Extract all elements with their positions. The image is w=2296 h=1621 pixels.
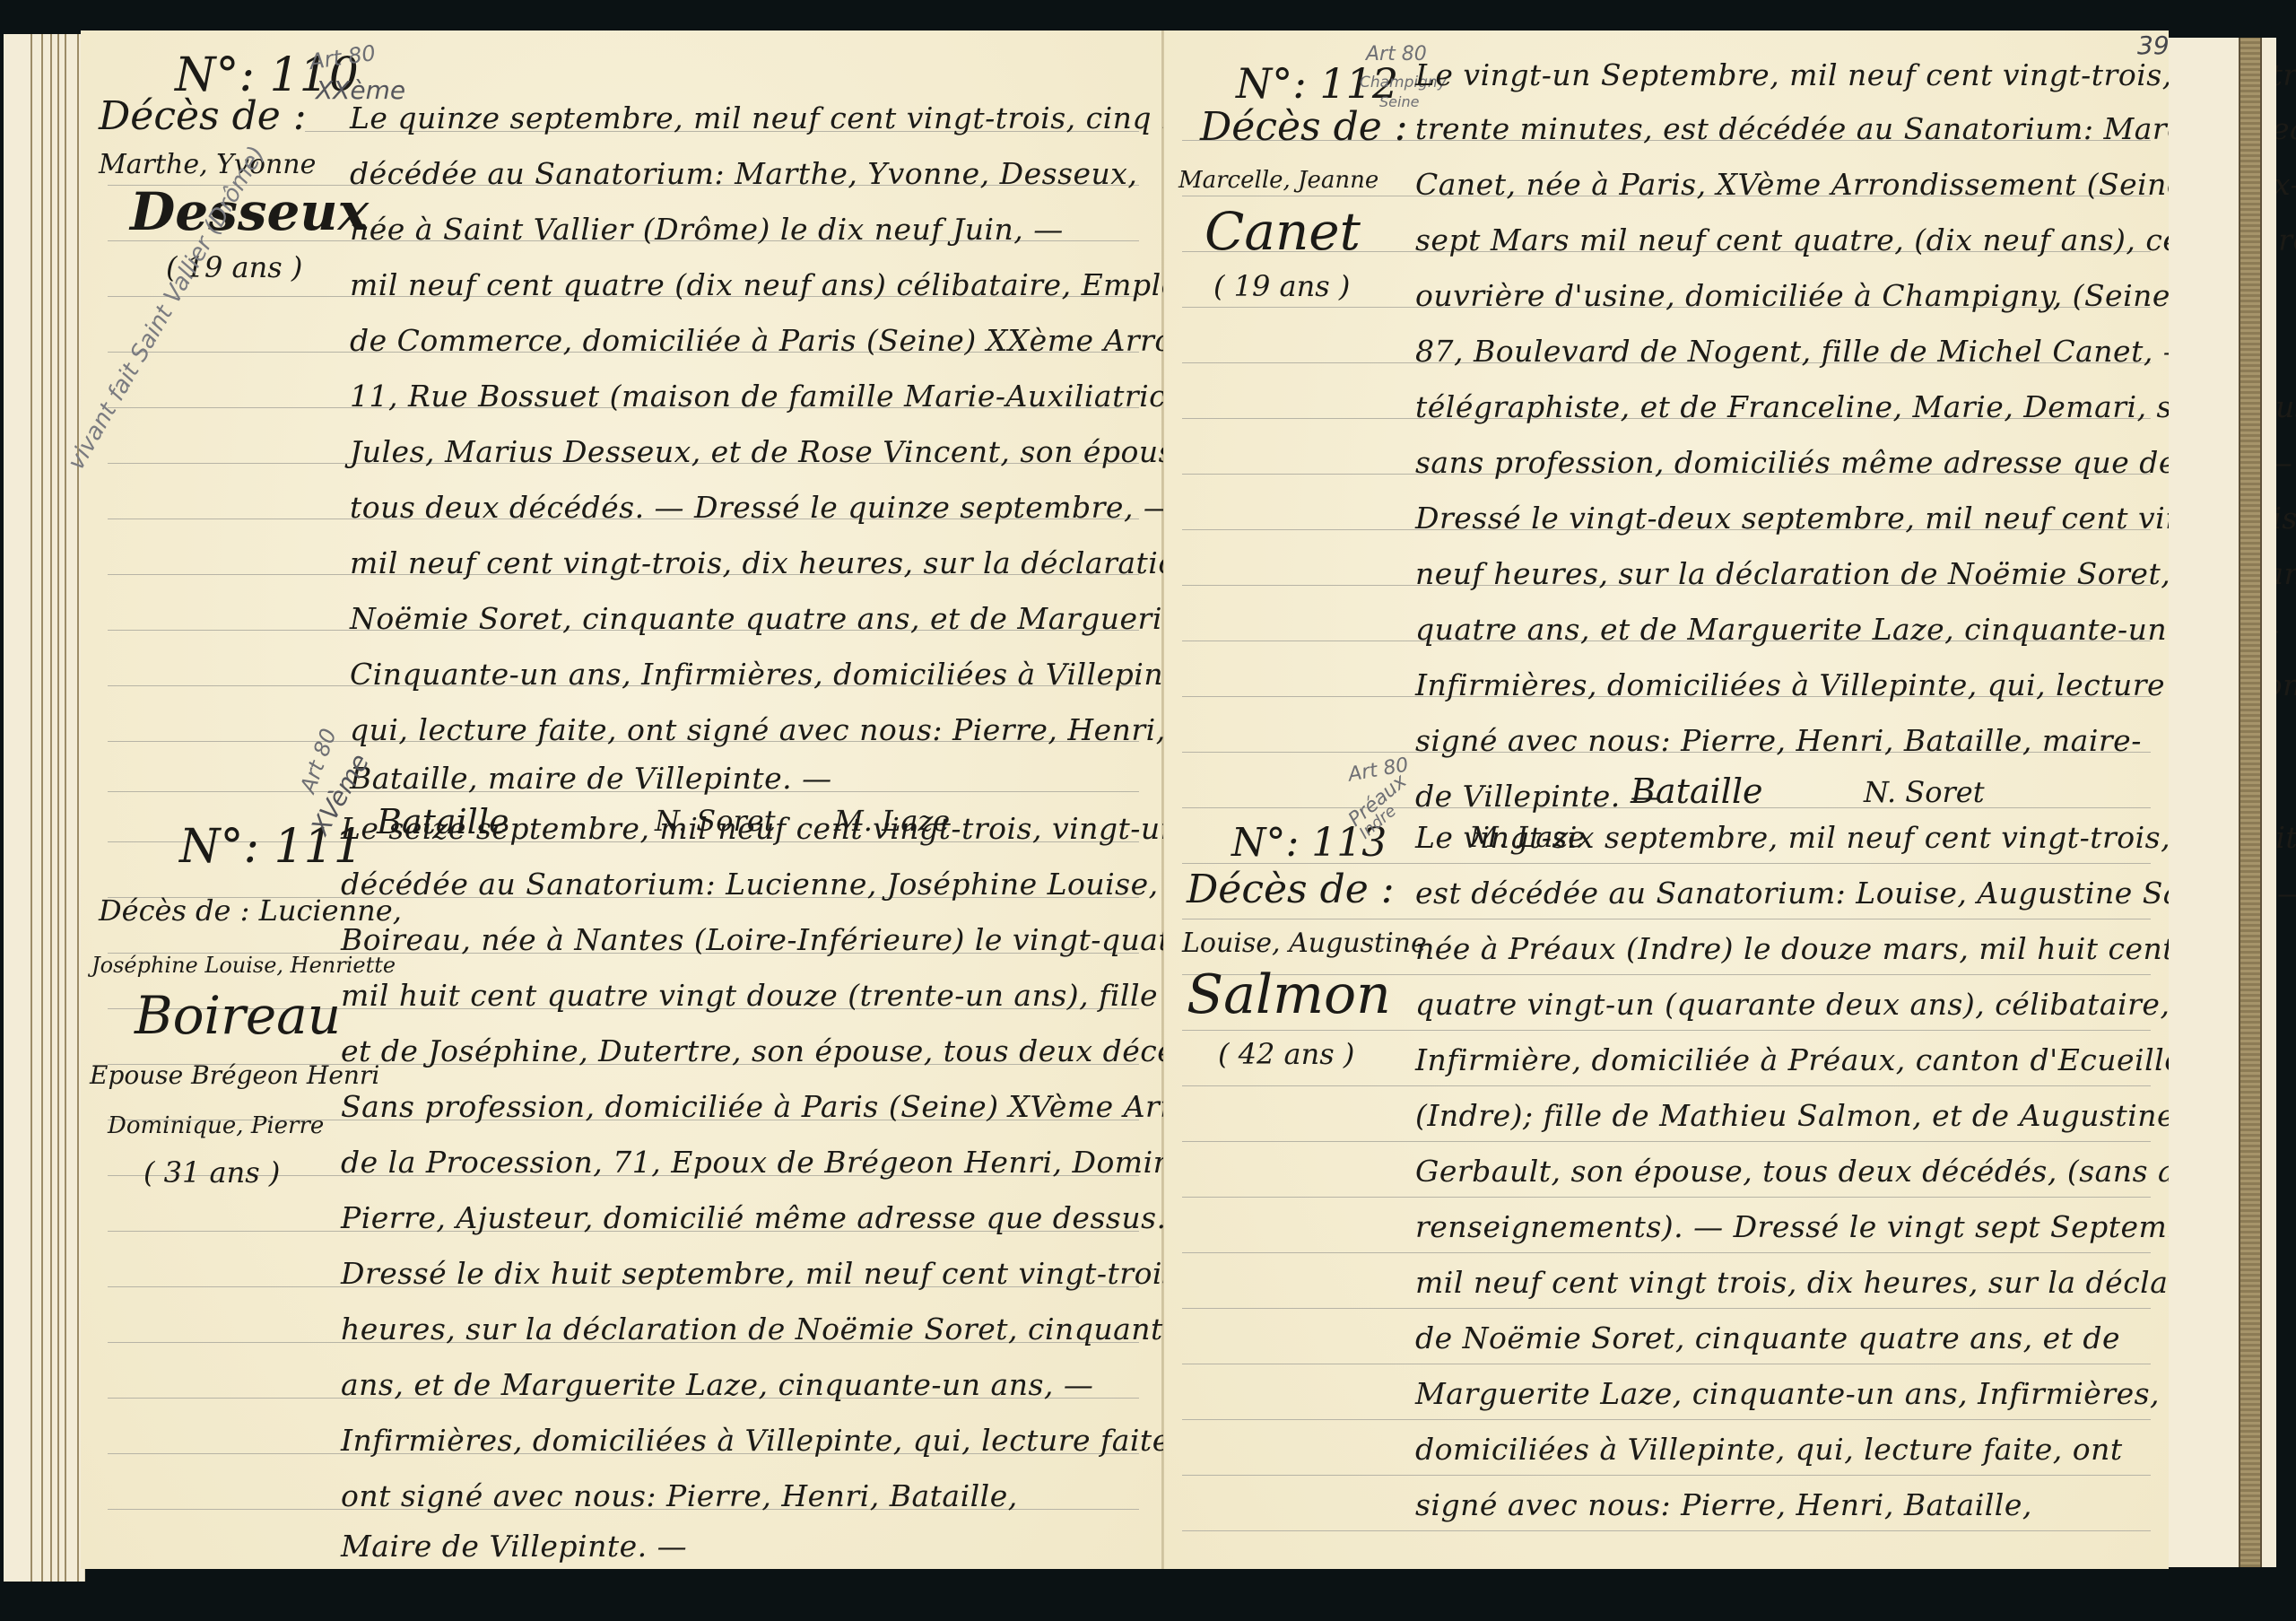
age: ( 42 ans ) <box>1218 1037 1354 1071</box>
surname: Boireau <box>135 985 341 1046</box>
spouse-line: Dominique, Pierre <box>108 1112 324 1139</box>
text-line: décédée au Sanatorium: Marthe, Yvonne, D… <box>350 156 1137 191</box>
text-line: Jules, Marius Desseux, et de Rose Vincen… <box>350 434 1202 469</box>
surname: Canet <box>1205 201 1361 262</box>
text-line: Dressé le dix huit septembre, mil neuf c… <box>341 1256 1299 1291</box>
text-line: est décédée au Sanatorium: Louise, Augus… <box>1415 876 2296 911</box>
deces-heading: Décès de : <box>1187 867 1395 912</box>
text-line: tous deux décédés. — Dressé le quinze se… <box>350 490 1173 525</box>
text-line: ouvrière d'usine, domiciliée à Champigny… <box>1415 278 2232 313</box>
text-line: Gerbault, son épouse, tous deux décédés,… <box>1415 1154 2256 1189</box>
text-line: Canet, née à Paris, XVème Arrondissement… <box>1415 167 2296 202</box>
text-line: signé avec nous: Pierre, Henri, Bataille… <box>1415 1487 2032 1522</box>
text-line: Bataille, maire de Villepinte. — <box>350 761 832 796</box>
text-line: Le vingt-un Septembre, mil neuf cent vin… <box>1415 57 2296 92</box>
text-line: Infirmière, domiciliée à Préaux, canton … <box>1415 1042 2232 1077</box>
age: ( 19 ans ) <box>1213 269 1350 303</box>
text-line: quatre vingt-un (quarante deux ans), cél… <box>1415 987 2170 1022</box>
text-line: domiciliées à Villepinte, qui, lecture f… <box>1415 1432 2123 1467</box>
text-line: Le vingt-six septembre, mil neuf cent vi… <box>1415 820 2296 855</box>
right-page-edges <box>2169 38 2276 1567</box>
text-line: sans profession, domiciliés même adresse… <box>1415 445 2292 480</box>
book-spine <box>2239 38 2262 1567</box>
text-line: de la Procession, 71, Epoux de Brégeon H… <box>341 1145 1289 1180</box>
text-line: et de Joséphine, Dutertre, son épouse, t… <box>341 1033 1278 1068</box>
given-names: Marcelle, Jeanne <box>1178 167 1378 194</box>
text-line: Infirmières, domiciliées à Villepinte, q… <box>341 1423 1180 1458</box>
deces-heading: Décès de : <box>99 93 307 139</box>
text-line: Dressé le vingt-deux septembre, mil neuf… <box>1415 501 2296 536</box>
signature-witness: N. Soret <box>1864 775 1985 809</box>
text-line: ans, et de Marguerite Laze, cinquante-un… <box>341 1367 1093 1402</box>
text-line: Infirmières, domiciliées à Villepinte, q… <box>1415 667 2296 702</box>
text-line: mil neuf cent vingt trois, dix heures, s… <box>1415 1265 2261 1300</box>
text-line: de Villepinte. — <box>1415 779 1660 814</box>
text-line: télégraphiste, et de Franceline, Marie, … <box>1415 389 2296 424</box>
page-number: 39 <box>2137 31 2170 60</box>
text-line: signé avec nous: Pierre, Henri, Bataille… <box>1415 723 2142 758</box>
given-names: Louise, Augustine <box>1182 928 1427 959</box>
text-line: Maire de Villepinte. — <box>341 1529 687 1564</box>
text-line: née à Saint Vallier (Drôme) le dix neuf … <box>350 212 1064 247</box>
text-line: née à Préaux (Indre) le douze mars, mil … <box>1415 931 2215 966</box>
given-names: Marthe, Yvonne <box>99 149 316 180</box>
text-line: mil neuf cent quatre (dix neuf ans) céli… <box>350 267 1273 302</box>
text-line: quatre ans, et de Marguerite Laze, cinqu… <box>1415 612 2280 647</box>
age: ( 31 ans ) <box>143 1155 280 1190</box>
text-line: ont signé avec nous: Pierre, Henri, Bata… <box>341 1478 1018 1513</box>
right-page: 39 N°: 112 Art 80 Champigny Seine Décès … <box>1163 31 2169 1569</box>
text-line: heures, sur la déclaration de Noëmie Sor… <box>341 1312 1293 1346</box>
surname: Salmon <box>1187 963 1391 1026</box>
text-line: Pierre, Ajusteur, domicilié même adresse… <box>341 1200 1206 1235</box>
signature-mayor: Bataille <box>1631 771 1762 811</box>
pencil-annotation: Art 80 <box>308 40 377 74</box>
deces-heading: Décès de : <box>1200 104 1408 150</box>
text-line: sept Mars mil neuf cent quatre, (dix neu… <box>1415 222 2296 257</box>
text-line: de Noëmie Soret, cinquante quatre ans, e… <box>1415 1320 2120 1355</box>
text-line: renseignements). — Dressé le vingt sept … <box>1415 1209 2259 1244</box>
text-line: 87, Boulevard de Nogent, fille de Michel… <box>1415 334 2193 369</box>
left-page-edges <box>4 34 85 1582</box>
spouse-line: Epouse Brégeon Henri <box>90 1060 379 1090</box>
left-page: N°: 110 Art 80 XXème Décès de : Marthe, … <box>81 31 1163 1569</box>
text-line: mil neuf cent vingt-trois, dix heures, s… <box>350 545 1283 580</box>
text-line: Cinquante-un ans, Infirmières, domicilié… <box>350 657 1194 692</box>
text-line: Marguerite Laze, cinquante-un ans, Infir… <box>1415 1376 2200 1411</box>
text-line: (Indre); fille de Mathieu Salmon, et de … <box>1415 1098 2215 1133</box>
text-line: trente minutes, est décédée au Sanatoriu… <box>1415 111 2296 146</box>
open-register-book: N°: 110 Art 80 XXème Décès de : Marthe, … <box>0 25 2283 1582</box>
text-line: qui, lecture faite, ont signé avec nous:… <box>350 712 1205 747</box>
text-line: neuf heures, sur la déclaration de Noëmi… <box>1415 556 2296 591</box>
